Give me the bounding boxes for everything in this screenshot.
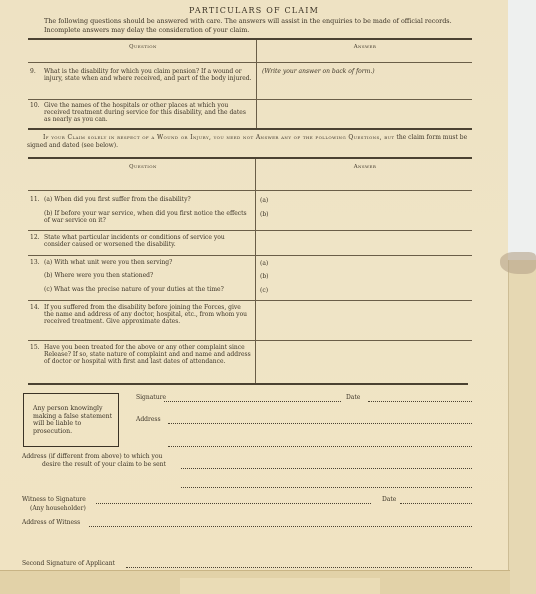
- answer-11a-label[interactable]: (a): [260, 197, 268, 204]
- witness-address-label: Address of Witness: [22, 519, 80, 526]
- answer-13a-label[interactable]: (a): [260, 260, 268, 267]
- question-13b: (b) Where were you then stationed?: [44, 272, 252, 279]
- witness-date-field[interactable]: [400, 503, 472, 504]
- table1-column-divider: [256, 40, 257, 129]
- folded-page-edge-right: [508, 260, 536, 594]
- second-signature-field[interactable]: [126, 567, 472, 568]
- witness-signature-field[interactable]: [96, 503, 371, 504]
- row-rule: [28, 190, 472, 191]
- row-rule: [28, 255, 472, 256]
- address-field-line-2[interactable]: [168, 446, 472, 447]
- question-12: 12. State what particular incidents or c…: [30, 234, 252, 248]
- signature-label: Signature: [136, 394, 166, 401]
- alt-address-field-line-2[interactable]: [181, 487, 472, 488]
- answer-13b-label[interactable]: (b): [260, 273, 269, 280]
- signature-field[interactable]: [164, 401, 341, 402]
- alt-address-label-1: Address (if different from above) to whi…: [22, 453, 162, 460]
- address-label: Address: [136, 416, 161, 423]
- question-13c: (c) What was the precise nature of your …: [44, 286, 256, 293]
- answer-9-note: (Write your answer on back of form.): [262, 68, 375, 75]
- date-label: Date: [346, 394, 360, 401]
- question-10: 10. Give the names of the hospitals or o…: [30, 102, 252, 124]
- paper-stain: [500, 252, 536, 274]
- answer-10-field[interactable]: [258, 100, 470, 128]
- table2-column-divider: [255, 159, 256, 384]
- false-statement-warning-box: Any person knowingly making a false stat…: [23, 393, 119, 447]
- row-rule: [28, 340, 472, 341]
- row-rule: [28, 300, 472, 301]
- table1-bottom-rule: [28, 128, 472, 130]
- wound-injury-note: If your Claim solely in respect of a Wou…: [27, 134, 479, 150]
- answer-15-field[interactable]: [258, 342, 470, 382]
- table1-header-rule: [28, 62, 472, 63]
- alt-address-label-2: desire the result of your claim to be se…: [42, 461, 166, 468]
- answer-13c-label[interactable]: (c): [260, 287, 268, 294]
- question-11a: 11. (a) When did you first suffer from t…: [30, 196, 252, 203]
- question-11b: (b) If before your war service, when did…: [44, 210, 252, 224]
- witness-sub-label: (Any householder): [30, 505, 86, 512]
- date-field[interactable]: [368, 401, 472, 402]
- claim-form-page: PARTICULARS OF CLAIM The following quest…: [0, 0, 508, 575]
- question-14: 14. If you suffered from the disability …: [30, 304, 252, 326]
- second-signature-label: Second Signature of Applicant: [22, 560, 115, 567]
- witness-date-label: Date: [382, 496, 396, 503]
- folded-page-edge-bottom-inner: [180, 578, 380, 594]
- table1-header-question: Question: [28, 44, 258, 50]
- page-title: PARTICULARS OF CLAIM: [0, 6, 508, 15]
- question-9: 9. What is the disability for which you …: [30, 68, 252, 82]
- alt-address-field-line-1[interactable]: [181, 468, 472, 469]
- witness-address-field[interactable]: [89, 526, 472, 527]
- row-rule: [28, 230, 472, 231]
- question-13a: 13. (a) With what unit were you then ser…: [30, 259, 252, 266]
- table2-bottom-rule: [28, 383, 468, 385]
- answer-14-field[interactable]: [258, 302, 470, 338]
- question-15: 15. Have you been treated for the above …: [30, 344, 252, 366]
- table2-header-question: Question: [28, 164, 258, 170]
- intro-text: The following questions should be answer…: [44, 17, 484, 35]
- table1-top-rule: [28, 38, 472, 40]
- witness-label: Witness to Signature: [22, 496, 86, 503]
- table2-top-rule: [28, 157, 472, 159]
- answer-11b-label[interactable]: (b): [260, 211, 269, 218]
- answer-12-field[interactable]: [258, 232, 470, 254]
- table1-header-answer: Answer: [258, 44, 472, 50]
- table2-header-answer: Answer: [258, 164, 472, 170]
- address-field-line-1[interactable]: [168, 423, 472, 424]
